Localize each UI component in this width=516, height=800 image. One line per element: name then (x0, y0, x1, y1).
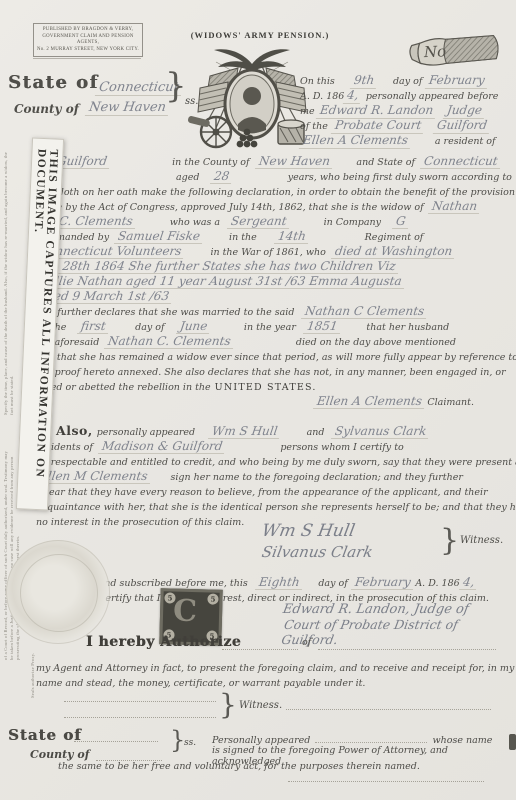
form-line: law, doth on her oath make the following… (36, 180, 504, 195)
form-line: on thefirstday ofJunein the year1851that… (36, 315, 504, 330)
form-line: Connecticut Volunteersin the War of 1861… (36, 240, 504, 255)
handwritten-text: Sergeant (227, 214, 291, 229)
publisher-line: GOVERNMENT CLAIM AND PENSION AGENTS, (36, 34, 140, 47)
authorize-label: I hereby Authorize (86, 634, 241, 650)
handwritten-text: Connecticut (420, 154, 502, 169)
declaration-body: Guilfordin the County ofNew Havenand Sta… (36, 150, 504, 525)
handwritten-text: February (351, 575, 415, 590)
margin-note: Seals authorize Proxy. (30, 648, 36, 698)
blank-line (64, 716, 216, 718)
handwritten-text: Sylvanus Clark (331, 424, 430, 439)
patriotic-emblem (186, 40, 318, 152)
scan-artifact (509, 734, 516, 750)
form-line: Ellen M Clementssign her name to the for… (36, 465, 504, 480)
handwritten-text: 1851 (303, 319, 342, 334)
state-of-label: State of (8, 72, 99, 93)
publisher-line: PUBLISHED BY BRAGDON & VERRY, (36, 27, 140, 34)
blank-line (318, 648, 496, 650)
blank-line (74, 740, 158, 742)
curly-brace: } (219, 688, 237, 721)
ss-label: ss. (184, 738, 196, 748)
handwritten-text: Eighth (255, 575, 304, 590)
blank-line (222, 648, 298, 650)
blank-line (288, 780, 484, 782)
handwritten-text: June (175, 319, 210, 334)
handwritten-text: Samuel Fiske (114, 229, 204, 244)
printed-text: aided or abetted the rebellion in the (36, 382, 211, 393)
county-value: New Haven (85, 100, 170, 116)
stamp-monogram: C (173, 594, 198, 630)
handwritten-text: Ellen A Clements (313, 394, 426, 409)
handwritten-text: G (392, 214, 410, 229)
witness-label: Witness. (460, 535, 503, 546)
form-line: made by the Act of Congress, approved Ju… (36, 195, 504, 210)
curly-brace: } (440, 523, 459, 558)
blank-line (286, 708, 491, 710)
form-line: Also,personally appearedWm S HullandSylv… (36, 420, 504, 435)
seal-inner-ring (20, 554, 98, 632)
of-label: of (302, 637, 311, 648)
curly-brace: } (165, 66, 187, 106)
judge-signature-block: Edward R. Landon, Judge of Court of Prob… (283, 602, 516, 647)
handwritten-text: Wm S Hull (208, 424, 282, 439)
printed-text: the same to be her free and voluntary ac… (58, 761, 420, 772)
state-of-label: State of (8, 726, 82, 744)
county-of-label: County of (30, 748, 89, 761)
margin-note: Specify the time, place, and cause of th… (3, 150, 15, 415)
handwritten-text: Nathan C Clements (301, 304, 428, 319)
handwritten-text: Ellen M Clements (35, 469, 152, 484)
handwritten-text: Nathan C. Clements (104, 334, 235, 349)
handwritten-text: 4, (459, 575, 479, 590)
opening-block: On this9thday ofFebruaryA. D. 1864,perso… (300, 71, 508, 146)
form-line: Guilfordin the County ofNew Havenand Sta… (36, 150, 504, 165)
embossed-seal (6, 540, 110, 644)
handwritten-text: first (77, 319, 110, 334)
handwritten-text: 14th (274, 229, 310, 244)
printed-text: no interest in the prosecution of this c… (36, 517, 244, 528)
margin-note: of a Court of Record, or before some off… (3, 450, 21, 660)
page-title: (WIDOWS' ARMY PENSION.) (168, 30, 352, 40)
handwritten-text: Guilford (433, 117, 491, 134)
judge-title: Court of Probate District of Guilford. (280, 617, 516, 647)
handwritten-text: Jan 28th 1864 She further States she has… (35, 259, 400, 274)
curly-brace: } (170, 726, 185, 754)
form-line: acquaintance with her, that she is the i… (36, 495, 504, 510)
handwritten-text: February (425, 72, 489, 89)
handwritten-text: 28 (210, 169, 233, 184)
handwritten-text: Ellen A Clements (299, 132, 412, 149)
scanned-pension-document: PUBLISHED BY BRAGDON & VERRY, GOVERNMENT… (0, 0, 516, 800)
handwritten-text: Nathan (428, 199, 481, 214)
stamp-denomination: 5 (207, 593, 218, 604)
printed-text: UNITED STATES. (215, 382, 317, 393)
county-of-label: County of (14, 102, 79, 116)
witness-label: Witness. (239, 700, 282, 711)
printed-text: name and stead, the money, certificate, … (36, 678, 365, 689)
handwritten-text: Willie Nathan aged 11 year August 31st /… (35, 274, 406, 289)
handwritten-text: C. Clements (55, 214, 137, 229)
cannon-wheel-icon (187, 115, 231, 147)
publisher-box: PUBLISHED BY BRAGDON & VERRY, GOVERNMENT… (33, 23, 143, 57)
form-line: my Agent and Attorney in fact, to presen… (36, 656, 504, 671)
printed-text: a resident of (435, 134, 496, 150)
judge-signature: Edward R. Landon, Judge of (282, 602, 516, 617)
attorney-paragraph: my Agent and Attorney in fact, to presen… (36, 656, 504, 686)
printed-text: Claimant. (427, 397, 474, 408)
handwritten-text: died at Washington (331, 244, 456, 259)
witness-signature-block: Wm S Hull Silvanus Clark } Witness. (262, 521, 492, 561)
form-line: the proof hereto annexed. She also decla… (36, 360, 504, 375)
blank-line (315, 732, 427, 743)
blank-line (64, 700, 216, 702)
handwritten-text: New Haven (254, 154, 333, 169)
publisher-line: No. 2 MURRAY STREET, NEW YORK CITY. (36, 47, 140, 54)
no-label: No (423, 42, 447, 61)
number-ribbon: No (405, 28, 506, 75)
form-line: meEdward R. LandonJudge (300, 101, 508, 116)
form-line: On this9thday ofFebruary (300, 71, 508, 86)
handwritten-text: Madison & Guilford (98, 439, 227, 454)
washington-portrait (225, 70, 279, 138)
divider (33, 58, 141, 59)
ack-line: Personally appeared whose name (212, 728, 508, 743)
